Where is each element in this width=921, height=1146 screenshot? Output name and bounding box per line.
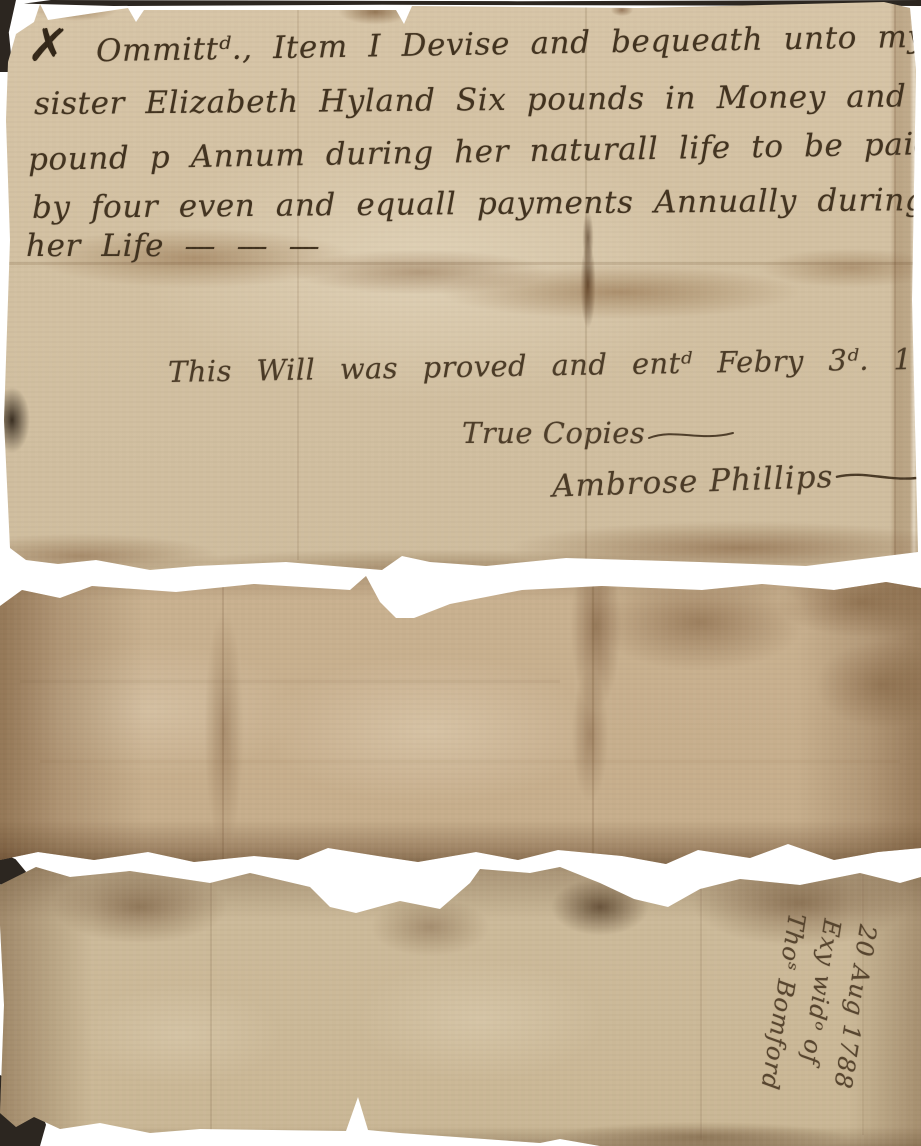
- fold-crease-vertical-6: [210, 865, 212, 1135]
- will-clause-line-5: her Life — — —: [26, 228, 320, 264]
- will-clause-line-3: pound p Annum during her naturall life t…: [28, 126, 921, 178]
- omission-mark: ✗: [25, 16, 71, 76]
- fold-crease-vertical-7: [700, 865, 702, 1140]
- paper-fragment-top: ✗ Ommittᵈ., Item I Devise and bequeath u…: [0, 0, 921, 578]
- signature-text: Ambrose Phillips: [551, 459, 834, 505]
- pen-flourish-icon: [835, 465, 921, 488]
- will-clause-line-1: Ommittᵈ., Item I Devise and bequeath unt…: [96, 19, 921, 69]
- document-scan: ✗ Ommittᵈ., Item I Devise and bequeath u…: [0, 0, 921, 1146]
- clerk-signature: Ambrose Phillips: [551, 455, 921, 504]
- fold-crease-horizontal-2: [20, 680, 560, 683]
- fold-crease-vertical-4: [222, 580, 224, 860]
- paper-grain-texture: [0, 560, 921, 870]
- will-clause-line-2: sister Elizabeth Hyland Six pounds in Mo…: [34, 78, 921, 122]
- fold-crease-horizontal-3: [40, 760, 900, 763]
- paper-fragment-middle: [0, 560, 921, 870]
- probate-note: This Will was proved and entᵈ Febry 3ᵈ. …: [168, 341, 921, 389]
- fold-crease-vertical-5: [592, 575, 594, 860]
- pen-flourish-icon: [647, 426, 737, 444]
- will-clause-line-4: by four even and equall payments Annuall…: [32, 182, 921, 226]
- certification-text: True Copies: [462, 416, 645, 450]
- certification-note: True Copies: [462, 416, 737, 450]
